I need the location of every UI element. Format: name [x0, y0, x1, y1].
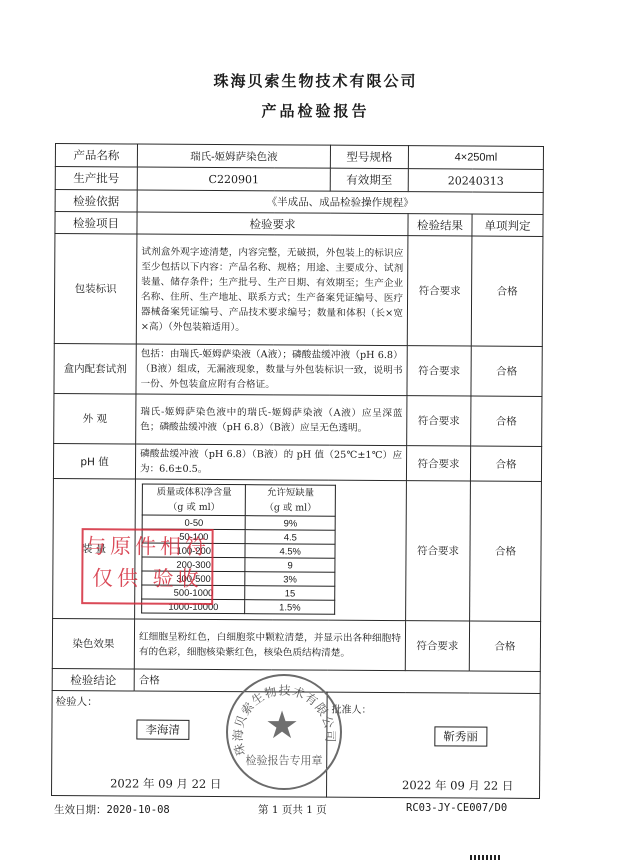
item-name: 包装标识 — [54, 234, 137, 344]
net-content-range: 500-1000 — [142, 585, 246, 600]
approver-label: 批准人： — [332, 701, 372, 716]
allowed-shortage: 4.5% — [245, 544, 335, 559]
table-row: 盒内配套试剂 包括：由瑞氏-姬姆萨染液（A液）；磷酸盐缓冲液（pH 6.8）（B… — [54, 343, 542, 396]
inspector-label: 检验人： — [56, 694, 98, 709]
table-row-batch: 生产批号 C220901 有效期至 20240313 — [55, 167, 543, 193]
net-content-range: 1000-10000 — [142, 599, 246, 614]
item-result: 符合要求 — [407, 346, 471, 396]
basis-value: 《半成品、成品检验操作规程》 — [137, 190, 543, 214]
item-verdict: 合格 — [470, 446, 541, 481]
qr-code-fragment — [470, 855, 500, 860]
batch-label: 生产批号 — [55, 167, 137, 191]
product-name-label: 产品名称 — [55, 144, 137, 168]
table-row: pH 值 磷酸盐缓冲液（pH 6.8）（B液）的 pH 值（25℃±1℃）应为：… — [53, 443, 541, 481]
item-requirement: 质量或体积净含量 （g 或 ml） 允许短缺量 （g 或 ml） 0-509%5… — [135, 479, 407, 621]
fill-tolerance-row: 100-2004.5% — [142, 543, 335, 558]
item-result: 符合要求 — [407, 396, 471, 446]
effective-date-value: 2020-10-08 — [107, 804, 170, 816]
col-header-item: 检验项目 — [55, 212, 137, 235]
fill-tolerance-row: 300-5003% — [142, 571, 335, 586]
net-content-range: 200-300 — [142, 557, 246, 572]
item-name: 盒内配套试剂 — [54, 343, 136, 393]
item-requirement: 试剂盒外观字迹清楚，内容完整，无破损，外包装上的标识应至少包括以下内容：产品名称… — [136, 234, 408, 346]
batch-value: C220901 — [137, 167, 330, 191]
item-verdict: 合格 — [470, 481, 542, 621]
inspector-date: 2022 年 09 月 22 日 — [110, 775, 221, 792]
model-label: 型号规格 — [330, 145, 408, 168]
item-requirement: 红细胞呈粉红色，白细胞浆中颗粒清楚，并显示出各种细胞特有的色彩，细胞核染紫红色，… — [134, 619, 405, 671]
item-verdict: 合格 — [471, 346, 542, 396]
product-name-value: 瑞氏-姬姆萨染色液 — [137, 144, 330, 168]
item-verdict: 合格 — [469, 621, 540, 671]
item-result: 符合要求 — [405, 621, 469, 671]
table-row-basis: 检验依据 《半成品、成品检验操作规程》 — [55, 190, 543, 215]
allowed-shortage: 3% — [245, 572, 335, 587]
item-requirement: 包括：由瑞氏-姬姆萨染液（A液）；磷酸盐缓冲液（pH 6.8）（B液）组成，无漏… — [136, 344, 407, 396]
expiry-value: 20240313 — [408, 169, 543, 193]
basis-label: 检验依据 — [55, 190, 137, 213]
item-requirement: 磷酸盐缓冲液（pH 6.8）（B液）的 pH 值（25℃±1℃）应为：6.6±0… — [135, 444, 406, 481]
allowed-shortage: 1.5% — [245, 600, 335, 615]
col-header-result: 检验结果 — [408, 214, 472, 236]
inspection-report-sheet: 产品名称 瑞氏-姬姆萨染色液 型号规格 4×250ml 生产批号 C220901… — [51, 143, 543, 799]
inspector-signature: 李海清 — [136, 720, 189, 740]
fill-tolerance-row: 1000-100001.5% — [142, 599, 335, 614]
expiry-label: 有效期至 — [330, 168, 408, 191]
allowed-shortage: 9 — [245, 558, 335, 573]
item-verdict: 合格 — [471, 236, 543, 346]
item-requirement: 瑞氏-姬姆萨染色液中的瑞氏-姬姆萨染液（A液）应呈深蓝色；磷酸盐缓冲液（pH 6… — [136, 394, 407, 446]
inspector-cell: 检验人： 李海清 2022 年 09 月 22 日 — [52, 690, 328, 797]
page-number: 第 1 页共 1 页 — [258, 802, 327, 817]
inspection-table: 产品名称 瑞氏-姬姆萨染色液 型号规格 4×250ml 生产批号 C220901… — [51, 143, 544, 799]
net-content-range: 0-50 — [142, 515, 246, 530]
signature-row: 检验人： 李海清 2022 年 09 月 22 日 批准人： 靳秀丽 2022 … — [52, 690, 541, 798]
item-name: 染色效果 — [52, 618, 134, 668]
table-row-product: 产品名称 瑞氏-姬姆萨染色液 型号规格 4×250ml — [55, 144, 543, 170]
approver-date: 2022 年 09 月 22 日 — [402, 777, 513, 794]
table-row: 染色效果 红细胞呈粉红色，白细胞浆中颗粒清楚，并显示出各种细胞特有的色彩，细胞核… — [52, 618, 540, 671]
effective-date-label: 生效日期： — [54, 804, 107, 816]
company-name: 珠海贝索生物技术有限公司 — [0, 70, 631, 91]
item-verdict: 合格 — [471, 396, 542, 446]
table-header-row: 检验项目 检验要求 检验结果 单项判定 — [55, 212, 543, 237]
conclusion-label: 检验结论 — [52, 668, 134, 691]
fill-tolerance-row: 0-509% — [142, 515, 335, 530]
report-title: 产品检验报告 — [0, 100, 631, 121]
net-content-range: 100-200 — [142, 543, 246, 558]
fill-header-content: 质量或体积净含量 （g 或 ml） — [142, 484, 246, 516]
item-result: 符合要求 — [406, 481, 471, 621]
fill-tolerance-row: 50-1004.5 — [142, 529, 335, 544]
fill-tolerance-row: 200-3009 — [142, 557, 335, 572]
conclusion-value: 合格 — [134, 669, 540, 693]
fill-tolerance-row: 500-100015 — [142, 585, 335, 600]
fill-header-tolerance: 允许短缺量 （g 或 ml） — [246, 485, 336, 517]
fill-tolerance-table: 质量或体积净含量 （g 或 ml） 允许短缺量 （g 或 ml） 0-509%5… — [141, 484, 336, 615]
allowed-shortage: 15 — [245, 586, 335, 601]
conclusion-row: 检验结论 合格 — [52, 668, 540, 693]
model-value: 4×250ml — [408, 146, 543, 170]
approver-signature: 靳秀丽 — [434, 726, 487, 746]
allowed-shortage: 9% — [246, 516, 336, 531]
fill-tolerance-header: 质量或体积净含量 （g 或 ml） 允许短缺量 （g 或 ml） — [142, 484, 335, 516]
net-content-range: 300-500 — [142, 571, 246, 586]
col-header-verdict: 单项判定 — [472, 214, 543, 236]
allowed-shortage: 4.5 — [246, 530, 336, 545]
item-result: 符合要求 — [406, 446, 470, 481]
table-row: 装 量 质量或体积净含量 （g 或 ml） 允许短缺量 （g 或 ml） — [53, 478, 542, 621]
effective-date: 生效日期：2020-10-08 — [54, 802, 170, 817]
table-row: 包装标识 试剂盒外观字迹清楚，内容完整，无破损，外包装上的标识应至少包括以下内容… — [54, 234, 543, 347]
table-row: 外 观 瑞氏-姬姆萨染色液中的瑞氏-姬姆萨染液（A液）应呈深蓝色；磷酸盐缓冲液（… — [54, 393, 542, 446]
document-code: RC03-JY-CE007/D0 — [406, 802, 507, 814]
col-header-requirement: 检验要求 — [137, 212, 408, 236]
net-content-range: 50-100 — [142, 529, 246, 544]
item-name: pH 值 — [53, 443, 135, 479]
item-name: 装 量 — [53, 478, 136, 618]
approver-cell: 批准人： 靳秀丽 2022 年 09 月 22 日 — [327, 692, 541, 798]
item-name: 外 观 — [54, 393, 136, 443]
item-result: 符合要求 — [407, 236, 472, 346]
